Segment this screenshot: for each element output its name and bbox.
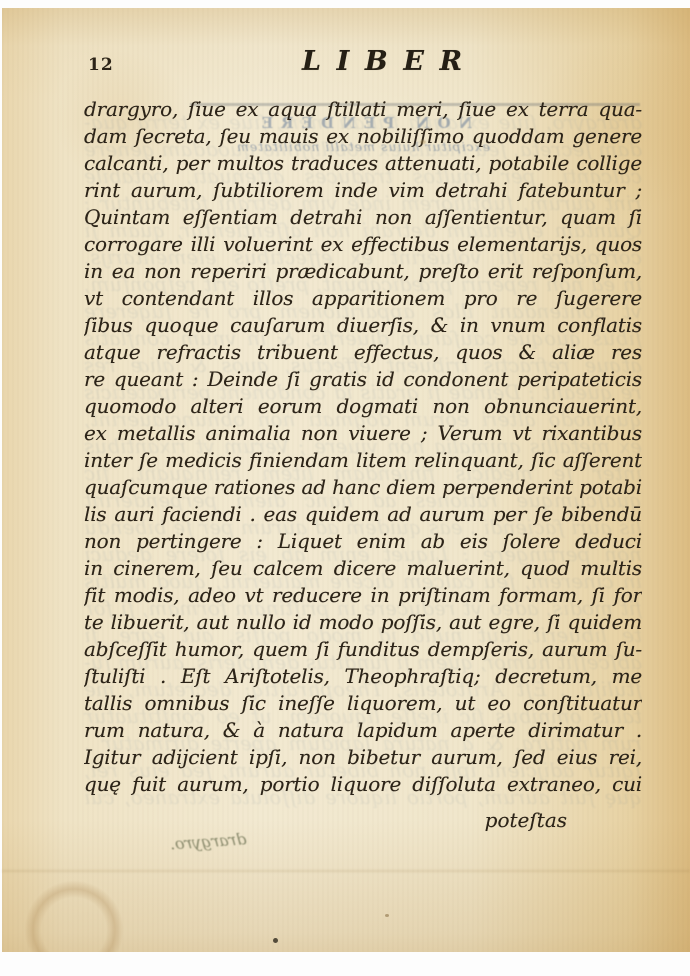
- running-title: LIBER: [122, 46, 642, 77]
- ink-speck: [273, 938, 278, 943]
- text-line: in cinerem, ſeu calcem dicere maluerint,…: [84, 555, 642, 582]
- catchword: poteſtas: [485, 808, 567, 832]
- paper-fold-line: [2, 870, 690, 872]
- text-line: fit modis, adeo vt reducere in priſtinam…: [84, 582, 642, 609]
- text-line: ſtuliſti . Eſt Ariſtotelis, Theophraſtiq…: [84, 663, 642, 690]
- text-line: Quintam eſſentiam detrahi non aſſentient…: [84, 204, 642, 231]
- text-line: Igitur adijcient ipſi, non bibetur aurum…: [84, 744, 642, 771]
- showthrough-verso-catchword: drargyro.: [169, 829, 247, 853]
- text-line: in ea non reperiri prædicabunt, preſto e…: [84, 258, 642, 285]
- text-line: quomodo alteri eorum dogmati non obnunci…: [84, 393, 642, 420]
- text-line: te libuerit, aut nullo id modo poſſis, a…: [84, 609, 642, 636]
- text-line: drargyro, ſiue ex aqua ſtillati meri, ſi…: [84, 96, 642, 123]
- text-line: rint aurum, ſubtiliorem inde vim detrahi…: [84, 177, 642, 204]
- text-line: re queant : Deinde ſi gratis id condonen…: [84, 366, 642, 393]
- text-line: vt contendant illos apparitionem pro re …: [84, 285, 642, 312]
- page-number: 12: [88, 55, 114, 75]
- book-page: NON PENDERE excipitur huius metalli nobi…: [2, 8, 690, 952]
- text-line: non pertingere : Liquet enim ab eis ſole…: [84, 528, 642, 555]
- text-line: quaſcumque rationes ad hanc diem perpend…: [84, 474, 642, 501]
- foxing-speck: [385, 914, 389, 917]
- scan-viewport: NON PENDERE excipitur huius metalli nobi…: [0, 0, 690, 976]
- text-line: calcanti, per multos traduces attenuati,…: [84, 150, 642, 177]
- text-line: ex metallis animalia non viuere ; Verum …: [84, 420, 642, 447]
- text-line: inter ſe medicis finiendam litem relinqu…: [84, 447, 642, 474]
- text-line: dam ſecreta, ſeu mauis ex nobiliſſimo qu…: [84, 123, 642, 150]
- text-line: abſceſſit humor, quem ſi funditus dempſe…: [84, 636, 642, 663]
- text-line: lis auri faciendi . eas quidem ad aurum …: [84, 501, 642, 528]
- text-line: corrogare illi voluerint ex effectibus e…: [84, 231, 642, 258]
- text-line: rum natura, & à natura lapidum aperte di…: [84, 717, 642, 744]
- text-line: quę fuit aurum, portio liquore diſſoluta…: [84, 771, 642, 798]
- text-line: tallis omnibus ſic ineſſe liquorem, ut e…: [84, 690, 642, 717]
- text-line: ſibus quoque cauſarum diuerſis, & in vnu…: [84, 312, 642, 339]
- text-block: drargyro, ſiue ex aqua ſtillati meri, ſi…: [84, 96, 642, 798]
- text-line: atque refractis tribuent effectus, quos …: [84, 339, 642, 366]
